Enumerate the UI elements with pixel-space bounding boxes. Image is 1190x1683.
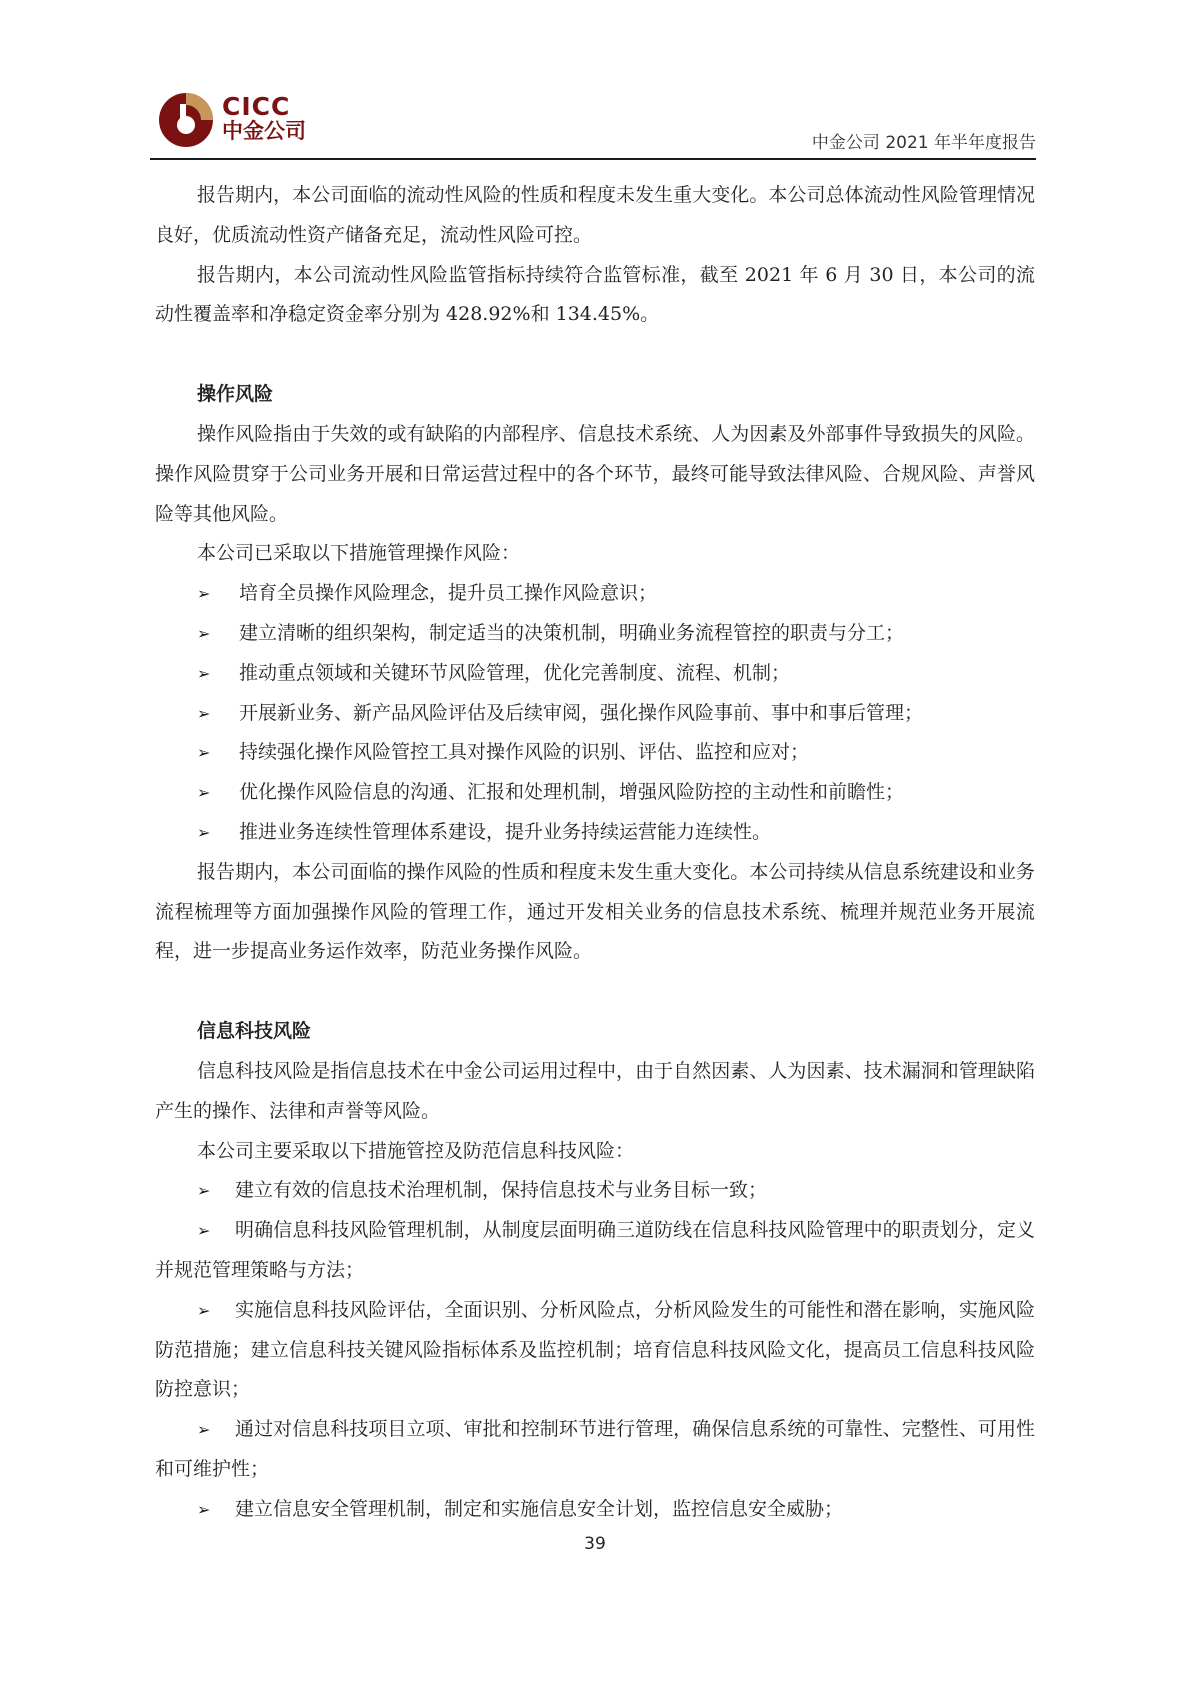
list-item: ➢优化操作风险信息的沟通、汇报和处理机制，增强风险防控的主动性和前瞻性； <box>155 773 1035 813</box>
logo-cn: 中金公司 <box>222 119 306 143</box>
list-item: ➢建立有效的信息技术治理机制，保持信息技术与业务目标一致； <box>155 1171 1035 1211</box>
arrow-bullet-icon: ➢ <box>197 773 239 813</box>
header-divider <box>150 158 1036 160</box>
list-item-text: 开展新业务、新产品风险评估及后续审阅，强化操作风险事前、事中和事后管理； <box>239 694 923 734</box>
list-item: ➢持续强化操作风险管控工具对操作风险的识别、评估、监控和应对； <box>155 733 1035 773</box>
list-item: ➢建立信息安全管理机制，制定和实施信息安全计划，监控信息安全威胁； <box>155 1490 1035 1530</box>
it-risk-intro: 信息科技风险是指信息技术在中金公司运用过程中，由于自然因素、人为因素、技术漏洞和… <box>155 1052 1035 1132</box>
list-item-text: 建立信息安全管理机制，制定和实施信息安全计划，监控信息安全威胁； <box>235 1498 843 1520</box>
operational-summary: 报告期内，本公司面临的操作风险的性质和程度未发生重大变化。本公司持续从信息系统建… <box>155 853 1035 972</box>
liquidity-paragraph: 报告期内，本公司流动性风险监管指标持续符合监管标准，截至 2021 年 6 月 … <box>155 256 1035 336</box>
list-item: ➢建立清晰的组织架构，制定适当的决策机制，明确业务流程管控的职责与分工； <box>155 614 1035 654</box>
list-item: ➢推动重点领域和关键环节风险管理，优化完善制度、流程、机制； <box>155 654 1035 694</box>
section-heading-operational-risk: 操作风险 <box>155 375 1035 415</box>
list-item: ➢培育全员操作风险理念，提升员工操作风险意识； <box>155 574 1035 614</box>
spacer <box>155 335 1035 375</box>
list-item: ➢实施信息科技风险评估，全面识别、分析风险点，分析风险发生的可能性和潜在影响，实… <box>155 1291 1035 1410</box>
report-title: 中金公司 2021 年半年度报告 <box>812 128 1036 153</box>
it-risk-measures-lead: 本公司主要采取以下措施管控及防范信息科技风险： <box>155 1132 1035 1172</box>
list-item-text: 持续强化操作风险管控工具对操作风险的识别、评估、监控和应对； <box>239 733 809 773</box>
list-item-text: 建立有效的信息技术治理机制，保持信息技术与业务目标一致； <box>235 1179 767 1201</box>
arrow-bullet-icon: ➢ <box>197 614 239 654</box>
arrow-bullet-icon: ➢ <box>197 733 239 773</box>
list-item-text: 推进业务连续性管理体系建设，提升业务持续运营能力连续性。 <box>239 813 771 853</box>
operational-measures-lead: 本公司已采取以下措施管理操作风险： <box>155 534 1035 574</box>
list-item-text: 建立清晰的组织架构，制定适当的决策机制，明确业务流程管控的职责与分工； <box>239 614 904 654</box>
arrow-bullet-icon: ➢ <box>197 1211 235 1251</box>
arrow-bullet-icon: ➢ <box>197 1171 235 1211</box>
arrow-bullet-icon: ➢ <box>197 813 239 853</box>
liquidity-paragraph: 报告期内，本公司面临的流动性风险的性质和程度未发生重大变化。本公司总体流动性风险… <box>155 176 1035 256</box>
list-item-text: 实施信息科技风险评估，全面识别、分析风险点，分析风险发生的可能性和潜在影响，实施… <box>155 1299 1035 1401</box>
logo-en: CICC <box>222 94 306 119</box>
list-item-text: 培育全员操作风险理念，提升员工操作风险意识； <box>239 574 657 614</box>
arrow-bullet-icon: ➢ <box>197 1410 235 1450</box>
list-item: ➢推进业务连续性管理体系建设，提升业务持续运营能力连续性。 <box>155 813 1035 853</box>
section-heading-it-risk: 信息科技风险 <box>155 1012 1035 1052</box>
page-header: CICC 中金公司 中金公司 2021 年半年度报告 <box>150 80 1036 160</box>
page-content: 报告期内，本公司面临的流动性风险的性质和程度未发生重大变化。本公司总体流动性风险… <box>155 176 1035 1530</box>
list-item: ➢明确信息科技风险管理机制，从制度层面明确三道防线在信息科技风险管理中的职责划分… <box>155 1211 1035 1291</box>
list-item: ➢通过对信息科技项目立项、审批和控制环节进行管理，确保信息系统的可靠性、完整性、… <box>155 1410 1035 1490</box>
arrow-bullet-icon: ➢ <box>197 654 239 694</box>
cicc-logo-icon <box>156 90 216 150</box>
list-item-text: 通过对信息科技项目立项、审批和控制环节进行管理，确保信息系统的可靠性、完整性、可… <box>155 1418 1035 1480</box>
arrow-bullet-icon: ➢ <box>197 694 239 734</box>
arrow-bullet-icon: ➢ <box>197 1490 235 1530</box>
arrow-bullet-icon: ➢ <box>197 1291 235 1331</box>
list-item: ➢开展新业务、新产品风险评估及后续审阅，强化操作风险事前、事中和事后管理； <box>155 694 1035 734</box>
spacer <box>155 972 1035 1012</box>
list-item-text: 明确信息科技风险管理机制，从制度层面明确三道防线在信息科技风险管理中的职责划分，… <box>155 1219 1035 1281</box>
arrow-bullet-icon: ➢ <box>197 574 239 614</box>
list-item-text: 优化操作风险信息的沟通、汇报和处理机制，增强风险防控的主动性和前瞻性； <box>239 773 904 813</box>
page-number: 39 <box>0 1534 1190 1554</box>
list-item-text: 推动重点领域和关键环节风险管理，优化完善制度、流程、机制； <box>239 654 790 694</box>
operational-intro: 操作风险指由于失效的或有缺陷的内部程序、信息技术系统、人为因素及外部事件导致损失… <box>155 415 1035 534</box>
logo-text: CICC 中金公司 <box>222 94 306 143</box>
